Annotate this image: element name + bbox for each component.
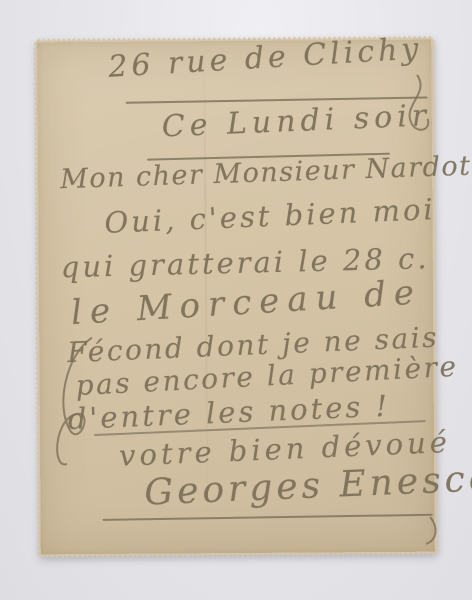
letter-paper: 26 rue de Clichy Ce Lundi soir Mon cher … xyxy=(33,36,439,559)
photo-background: 26 rue de Clichy Ce Lundi soir Mon cher … xyxy=(0,0,472,600)
